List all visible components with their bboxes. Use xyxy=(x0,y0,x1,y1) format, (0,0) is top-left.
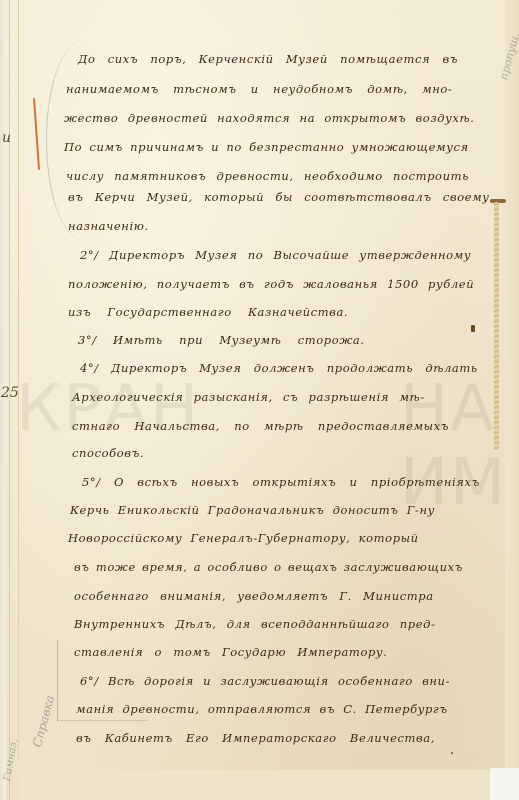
text-line: способовъ. xyxy=(72,446,144,460)
text-line: 4°/ Директоръ Музея долженъ продолжать д… xyxy=(80,361,478,375)
text-line: жество древностей находятся на открытомъ… xyxy=(64,111,474,125)
text-line: въ Кабинетъ Его Императорскаго Величеств… xyxy=(76,731,435,745)
text-line: По симъ причинамъ и по безпрестанно умно… xyxy=(64,140,469,154)
text-line: Археологическія разысканія, съ разрѣшені… xyxy=(72,390,425,404)
text-line: 6°/ Всѣ дорогія и заслуживающія особенна… xyxy=(80,674,450,688)
text-line: ставленія о томъ Государю Императору. xyxy=(74,645,387,659)
manuscript-text: До сихъ поръ, Керченскій Музей помѣщаетс… xyxy=(0,0,519,800)
text-line: нанимаемомъ тѣсномъ и неудобномъ домѣ, м… xyxy=(66,82,452,96)
text-line: Новороссійскому Генералъ-Губернатору, ко… xyxy=(68,531,419,545)
text-line: числу памятниковъ древности, необходимо … xyxy=(66,169,469,183)
text-line: особеннаго вниманія, уведомляетъ Г. Мини… xyxy=(74,589,434,603)
text-line: въ Керчи Музей, который бы соотвѣтствова… xyxy=(68,190,490,204)
text-line: Внутреннихъ Дѣлъ, для всеподданнѣйшаго п… xyxy=(74,617,436,631)
text-line: изъ Государственнаго Казначейства. xyxy=(68,305,348,319)
text-line: 2°/ Директоръ Музея по Высочайше утвержд… xyxy=(80,248,471,262)
text-line: 3°/ Имѣть при Музеумѣ сторожа. xyxy=(78,333,365,347)
text-line: Керчь Еникольскій Градоначальникъ доноси… xyxy=(70,503,435,517)
text-line: До сихъ поръ, Керченскій Музей помѣщаетс… xyxy=(78,52,458,66)
text-line: 5°/ О всѣхъ новыхъ открытіяхъ и пріобрѣт… xyxy=(82,475,480,489)
text-line: стнаго Начальства, по мѣрѣ предоставляем… xyxy=(72,419,449,433)
text-line: назначенію. xyxy=(68,219,149,233)
text-line: манія древности, отправляются въ С. Пете… xyxy=(76,702,448,716)
text-line: въ тоже время, а особливо о вещахъ заслу… xyxy=(74,560,463,574)
text-line: положенію, получаетъ въ годъ жалованья 1… xyxy=(68,277,474,291)
